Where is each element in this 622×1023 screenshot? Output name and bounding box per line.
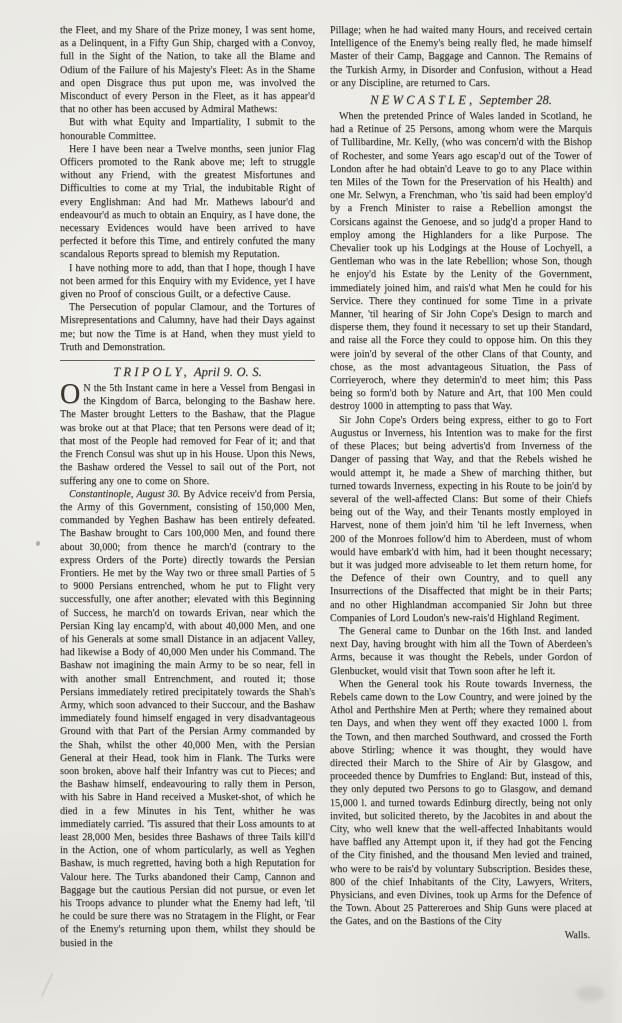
right-column: Pillage; when he had waited many Hours, …: [330, 24, 592, 942]
dateline-date: September 28.: [479, 93, 552, 107]
paragraph: The Persecution of popular Clamour, and …: [60, 301, 315, 354]
paragraph: the Fleet, and my Share of the Prize mon…: [60, 24, 315, 116]
ink-speck: [35, 540, 40, 546]
paragraph: I have nothing more to add, than that I …: [60, 262, 315, 302]
dateline-lead: Constantinople, August 30.: [69, 489, 180, 500]
drop-cap: O: [60, 382, 83, 407]
dateline-place: NEWCASTLE,: [370, 93, 475, 107]
paper-stain: [576, 986, 604, 1001]
scan-edge-fade: [609, 0, 622, 1023]
section-heading-newcastle: NEWCASTLE,September 28.: [330, 93, 592, 108]
dateline-date: April 9. O. S.: [194, 365, 262, 379]
paragraph: Pillage; when he had waited many Hours, …: [330, 24, 592, 90]
paragraph: Sir John Cope's Orders being express, ei…: [330, 414, 592, 625]
paragraph: ON the 5th Instant came in here a Vessel…: [60, 382, 315, 488]
catchword: Walls.: [330, 929, 592, 942]
paragraph: When the pretended Prince of Wales lande…: [330, 110, 592, 414]
paragraph: But with what Equity and Impartiality, I…: [60, 116, 315, 142]
section-heading-tripoly: TRIPOLY,April 9. O. S.: [60, 365, 315, 380]
paragraph: Here I have been near a Twelve months, s…: [60, 143, 315, 262]
paragraph-text: By Advice receiv'd from Persia, the Army…: [60, 489, 315, 949]
dateline-place: TRIPOLY,: [113, 365, 190, 379]
newspaper-page: the Fleet, and my Share of the Prize mon…: [0, 0, 622, 1023]
left-column: the Fleet, and my Share of the Prize mon…: [60, 24, 315, 950]
paragraph: Constantinople, August 30. By Advice rec…: [60, 488, 315, 950]
paragraph: When the General took his Route towards …: [330, 678, 592, 929]
paragraph: The General came to Dunbar on the 16th I…: [330, 625, 592, 678]
paragraph-text: N the 5th Instant came in here a Vessel …: [60, 383, 315, 486]
ink-speck: [41, 973, 54, 997]
section-divider: [60, 360, 315, 361]
